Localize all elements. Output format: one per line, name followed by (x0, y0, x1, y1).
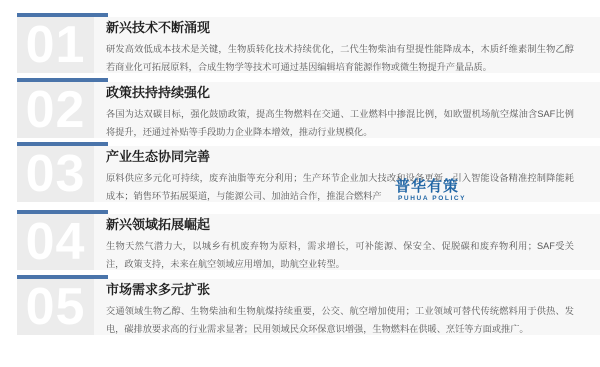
trend-section-4: 04 新兴领域拓展崛起 生物天然气潜力大，以城乡有机废弃物为原料，需求增长，可补… (0, 210, 600, 271)
section-number-box: 05 (17, 279, 94, 335)
section-number: 04 (26, 216, 86, 268)
section-content: 市场需求多元扩张 交通领域生物乙醇、生物柴油和生物航煤持续重要，公交、航空增加使… (106, 282, 574, 338)
section-number: 02 (26, 84, 86, 136)
section-content: 产业生态协同完善 原料供应多元化可持续，废弃油脂等充分利用；生产环节企业加大技改… (106, 149, 574, 205)
trend-section-3: 03 产业生态协同完善 原料供应多元化可持续，废弃油脂等充分利用；生产环节企业加… (0, 142, 600, 203)
section-content: 新兴领域拓展崛起 生物天然气潜力大，以城乡有机废弃物为原料，需求增长，可补能源、… (106, 217, 574, 273)
trend-section-2: 02 政策扶持持续强化 各国为达双碳目标，强化鼓励政策，提高生物燃料在交通、工业… (0, 78, 600, 139)
section-number-box: 03 (17, 146, 94, 202)
section-body: 原料供应多元化可持续，废弃油脂等充分利用；生产环节企业加大技改和设备更新，引入智… (106, 169, 574, 205)
puhua-policy-logo-english: PUHUA POLICY (388, 195, 466, 203)
trend-section-5: 05 市场需求多元扩张 交通领域生物乙醇、生物柴油和生物航煤持续重要，公交、航空… (0, 275, 600, 336)
puhua-policy-logo-chinese: 普华有策 (388, 178, 466, 195)
section-content: 新兴技术不断涌现 研发高效低成本技术是关键，生物质转化技术持续优化，二代生物柴油… (106, 20, 574, 76)
puhua-policy-logo: 普华有策 PUHUA POLICY (388, 178, 466, 203)
trend-section-1: 01 新兴技术不断涌现 研发高效低成本技术是关键，生物质转化技术持续优化，二代生… (0, 13, 600, 74)
section-number: 03 (26, 148, 86, 200)
section-number-box: 01 (17, 17, 94, 73)
section-number-box: 02 (17, 82, 94, 138)
section-number: 05 (26, 281, 86, 333)
section-body: 各国为达双碳目标，强化鼓励政策，提高生物燃料在交通、工业燃料中掺混比例，如欧盟机… (106, 105, 574, 141)
section-body: 交通领域生物乙醇、生物柴油和生物航煤持续重要，公交、航空增加使用；工业领域可替代… (106, 302, 574, 338)
section-body: 研发高效低成本技术是关键，生物质转化技术持续优化，二代生物柴油有望提性能降成本，… (106, 40, 574, 76)
section-title: 新兴领域拓展崛起 (106, 217, 574, 233)
section-title: 新兴技术不断涌现 (106, 20, 574, 36)
section-title: 市场需求多元扩张 (106, 282, 574, 298)
section-body: 生物天然气潜力大，以城乡有机废弃物为原料，需求增长，可补能源、保安全、促脱碳和废… (106, 237, 574, 273)
infographic-page: 01 新兴技术不断涌现 研发高效低成本技术是关键，生物质转化技术持续优化，二代生… (0, 0, 600, 367)
section-number: 01 (26, 19, 86, 71)
section-number-box: 04 (17, 214, 94, 270)
section-title: 产业生态协同完善 (106, 149, 574, 165)
section-title: 政策扶持持续强化 (106, 85, 574, 101)
section-content: 政策扶持持续强化 各国为达双碳目标，强化鼓励政策，提高生物燃料在交通、工业燃料中… (106, 85, 574, 141)
